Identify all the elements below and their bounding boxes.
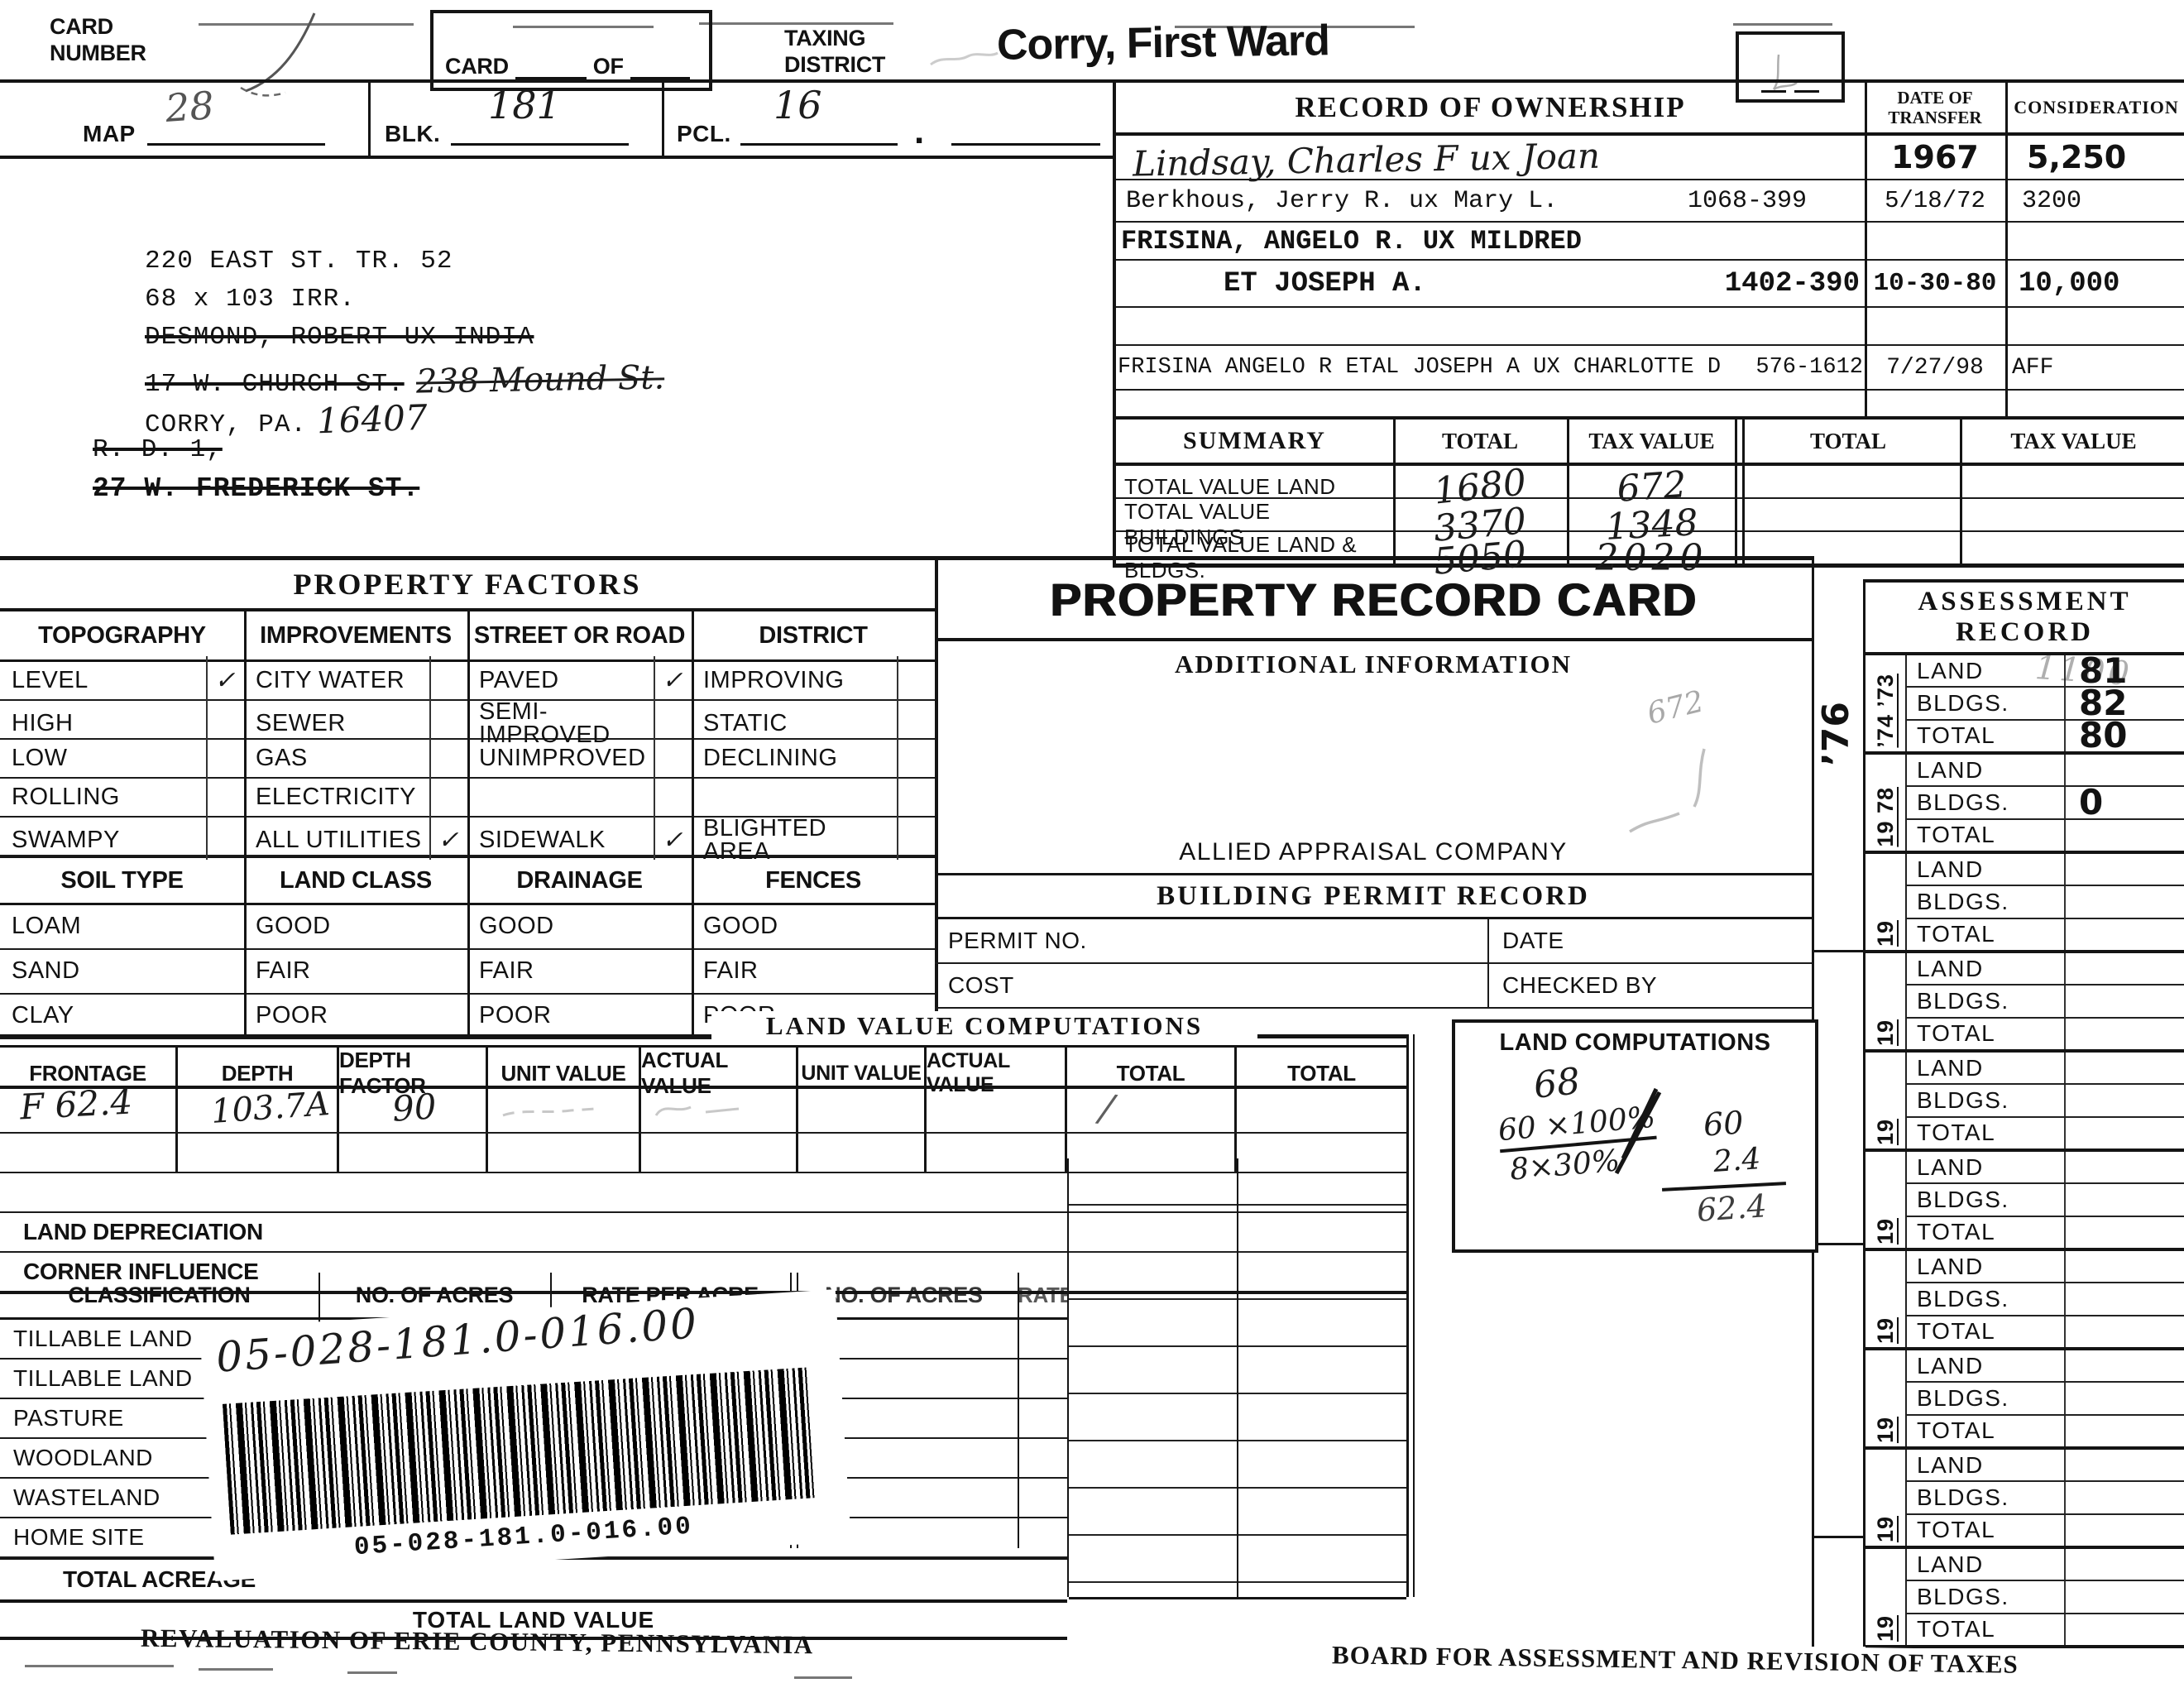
ownership-table: RECORD OF OWNERSHIP DATE OF TRANSFER CON… (1113, 83, 2184, 416)
total-label: TOTAL (1907, 1515, 2066, 1546)
owner-name: Berkhous, Jerry R. ux Mary L.1068-399 (1116, 187, 1865, 215)
owner-name: FRISINA ANGELO R ETAL JOSEPH A UX CHARLO… (1116, 355, 1865, 380)
factor-label: LOW (0, 747, 206, 770)
assessment-group: 19 LAND BLDGS. TOTAL (1865, 953, 2184, 1053)
lc-frontage-total: 68 (1531, 1060, 1582, 1107)
rd1-struck: R. D. 1, (93, 435, 223, 464)
totals-col-line (1406, 1034, 1409, 1597)
assessment-total-row: TOTAL 80 (1907, 721, 2184, 751)
classification-row-label: PASTURE (0, 1405, 124, 1431)
checked-by-label: CHECKED BY (1489, 972, 1812, 999)
assessment-land-row: LAND (1907, 755, 2184, 787)
pf-header-district: DISTRICT (692, 622, 935, 650)
summary-row: TOTAL VALUE BUILDINGS 3370 1348 (1116, 499, 2184, 532)
total-label: TOTAL (1907, 1316, 2066, 1347)
map-value: 28 (164, 83, 215, 131)
summary-title: SUMMARY (1116, 427, 1393, 455)
consideration-value: 10,000 (2005, 268, 2184, 300)
summary-col-tax-1: TAX VALUE (1567, 429, 1736, 454)
pencil-scribble (648, 1092, 772, 1125)
ownership-row: ET JOSEPH A. 1402-390 10-30-80 10,000 (1116, 261, 2184, 308)
lc-result-2: 2.4 (1712, 1142, 1762, 1179)
ownership-row: FRISINA, ANGELO R. UX MILDRED (1116, 223, 2184, 261)
frontage-value: F 62.4 (19, 1081, 133, 1127)
summary-col-tax-2: TAX VALUE (1960, 429, 2184, 454)
total-label: TOTAL (1907, 1614, 2066, 1645)
pcl-blank (740, 140, 898, 146)
property-record-card-scan: CARD NUMBER CARD OF TAXING DISTRICT Corr… (0, 0, 2184, 1688)
assessment-year: 19 (1873, 1417, 1899, 1443)
totals-col-line (1237, 1158, 1238, 1597)
factor-label: ALL UTILITIES (244, 829, 429, 852)
pf-header-soil: SOIL TYPE (0, 867, 244, 894)
assessment-bldgs-row: BLDGS. (1907, 1482, 2184, 1514)
property-location: 220 EAST ST. TR. 52 (145, 247, 453, 276)
pf-header-street: STREET OR ROAD (467, 622, 692, 650)
pf-header-landclass: LAND CLASS (244, 867, 467, 894)
card-of-blank-2 (630, 74, 690, 79)
bldgs-label: BLDGS. (1907, 1482, 2066, 1513)
bldgs-label: BLDGS. (1907, 1581, 2066, 1612)
ownership-row: Berkhous, Jerry R. ux Mary L.1068-399 5/… (1116, 180, 2184, 223)
map-blk-divider (368, 83, 371, 156)
depth-factor-value: 90 (390, 1086, 438, 1129)
assessment-land-row: LAND (1907, 1053, 2184, 1085)
land-label: LAND (1907, 1549, 2066, 1580)
land-label: LAND (1907, 1350, 2066, 1381)
deed-book-page: 1402-390 (1725, 268, 1865, 300)
taxing-district-value: Corry, First Ward (997, 16, 1330, 70)
scan-noise-line (199, 1668, 273, 1671)
classification-row-label: TILLABLE LAND (0, 1326, 193, 1352)
assessment-land-row: LAND (1907, 1450, 2184, 1482)
building-permit-record-title: BUILDING PERMIT RECORD (935, 875, 1812, 919)
scan-noise-line (1733, 23, 1832, 26)
factor-label: SWAMPY (0, 829, 206, 852)
total-label: TOTAL (1907, 820, 2066, 851)
assessment-land-row: LAND (1907, 1251, 2184, 1283)
prc-title-band: PROPERTY RECORD CARD (935, 560, 1812, 641)
summary-table: SUMMARY TOTAL TAX VALUE TOTAL TAX VALUE … (1113, 416, 2184, 568)
assessment-group: 19 LAND BLDGS. TOTAL (1865, 1152, 2184, 1251)
total-label: TOTAL (1907, 1217, 2066, 1248)
factor-label: SEMI- IMPROVED (467, 701, 654, 746)
assessment-bldgs-row: BLDGS. (1907, 1383, 2184, 1415)
property-factors-table: PROPERTY FACTORS TOPOGRAPHY IMPROVEMENTS… (0, 556, 938, 1038)
map-blank (147, 140, 325, 146)
map-label: MAP (83, 121, 136, 147)
assessment-group: 19 LAND BLDGS. TOTAL (1865, 1350, 2184, 1450)
classification-col-line (1018, 1273, 1019, 1548)
assessment-land-row: LAND (1907, 854, 2184, 886)
assessment-bldgs-row: BLDGS. 0 (1907, 787, 2184, 819)
ownership-row (1116, 308, 2184, 346)
consideration-value: 3200 (2005, 187, 2184, 215)
assessment-year: 19 (1873, 920, 1899, 947)
pcl-blank-2 (951, 140, 1100, 146)
pf-header-topography: TOPOGRAPHY (0, 622, 244, 650)
bldgs-value: 82 (2066, 689, 2127, 717)
mailing-address-line: 17 W. CHURCH ST. 238 Mound St. (145, 361, 664, 399)
blk-label: BLK. (385, 121, 440, 147)
assessment-bldgs-row: BLDGS. (1907, 985, 2184, 1018)
factor-label: GOOD (244, 915, 429, 938)
assessment-year: 19 (1873, 1516, 1899, 1542)
assessment-year: 19 (1873, 1615, 1899, 1642)
factor-label: GAS (244, 747, 429, 770)
assessment-year: 19 (1873, 1317, 1899, 1344)
total-label: TOTAL (1907, 721, 2066, 751)
parcel-barcode (223, 1367, 817, 1534)
factor-checkmark: ✓ (654, 826, 692, 855)
factor-label: FAIR (467, 960, 654, 983)
bldgs-value: 0 (2066, 789, 2103, 817)
pcl-dot: . (914, 111, 924, 152)
assessment-record: ASSESSMENT RECORD ’74 ’73 LAND 81 BLDGS. (1865, 579, 2184, 1648)
allied-appraisal-company: ALLIED APPRAISAL COMPANY (935, 838, 1812, 866)
gap-hline (1812, 1536, 1865, 1538)
factor-label: IMPROVING (692, 669, 897, 693)
classification-row-label: WOODLAND (0, 1445, 153, 1471)
factor-label: ROLLING (0, 786, 206, 809)
total-label: TOTAL (1907, 919, 2066, 950)
owner-name: Lindsay, Charles F ux Joan (1116, 131, 1865, 185)
assessment-land-row: LAND (1907, 1152, 2184, 1184)
assessment-year: 19 78 (1873, 787, 1899, 847)
assessment-year-cell: 19 (1865, 1152, 1907, 1248)
permit-row: PERMIT NO. DATE (935, 919, 1812, 964)
city-state-line: CORRY, PA. 16407 (145, 399, 428, 439)
factor-label: FAIR (244, 960, 429, 983)
assessment-total-row: TOTAL (1907, 1614, 2184, 1645)
ownership-row: Lindsay, Charles F ux Joan 1967 5,250 (1116, 136, 2184, 180)
additional-info-title: ADDITIONAL INFORMATION (935, 650, 1812, 679)
factor-label: PAVED (467, 669, 654, 693)
assessment-faint-scribble: 1100 (2034, 649, 2134, 693)
assessment-year-cell: 19 78 (1865, 755, 1907, 851)
pf-check-divider (429, 656, 431, 860)
land-label: LAND (1907, 755, 2066, 785)
assessment-total-row: TOTAL (1907, 1217, 2184, 1248)
summary-row: TOTAL VALUE LAND 1680 672 (1116, 466, 2184, 499)
assessment-year-cell: 19 (1865, 953, 1907, 1049)
pf-header-fences: FENCES (692, 867, 935, 894)
factor-label: LEVEL (0, 669, 206, 693)
assessment-year: 19 (1873, 1019, 1899, 1046)
depth-value: 103.7A (210, 1085, 331, 1131)
pencil-scribble (927, 40, 1001, 73)
land-label: LAND (1907, 953, 2066, 984)
bldgs-label: BLDGS. (1907, 985, 2066, 1016)
lot-dimensions: 68 x 103 IRR. (145, 285, 356, 314)
gap-hline (1812, 950, 1865, 952)
factor-checkmark: ✓ (654, 666, 692, 695)
permit-no-label: PERMIT NO. (935, 919, 1489, 962)
bldgs-label: BLDGS. (1907, 1085, 2066, 1115)
assessment-bldgs-row: BLDGS. (1907, 1085, 2184, 1117)
property-factors-title: PROPERTY FACTORS (0, 560, 935, 611)
pf-col-divider (244, 608, 247, 1038)
transfer-date: 7/27/98 (1865, 355, 2005, 381)
blk-pcl-divider (662, 83, 664, 156)
summary-row-label: TOTAL VALUE LAND (1116, 474, 1393, 500)
bldgs-label: BLDGS. (1907, 1283, 2066, 1314)
pf-col-divider (467, 608, 470, 1038)
lc-result-sum: 62.4 (1696, 1187, 1768, 1229)
assessment-bldgs-row: BLDGS. (1907, 886, 2184, 918)
total-label: TOTAL (1907, 1019, 2066, 1049)
pf-header-improvements: IMPROVEMENTS (244, 622, 467, 650)
factor-label: FAIR (692, 960, 897, 983)
assessment-land-row: LAND (1907, 953, 2184, 985)
cost-label: COST (935, 964, 1489, 1007)
pf-check-divider (206, 656, 208, 860)
factor-label: BLIGHTED AREA (692, 818, 897, 863)
assessment-bldgs-row: BLDGS. (1907, 1581, 2184, 1614)
assessment-year: ’74 ’73 (1873, 674, 1899, 748)
factor-label: CLAY (0, 1005, 206, 1028)
lvc-title: LAND VALUE COMPUTATIONS (711, 1011, 1257, 1041)
assessment-group: 19 78 LAND BLDGS. 0 TOTAL (1865, 755, 2184, 854)
land-depreciation-label: LAND DEPRECIATION (0, 1219, 263, 1245)
assessment-year-cell: 19 (1865, 1350, 1907, 1446)
land-label: LAND (1907, 1152, 2066, 1182)
totals-col-line (1067, 1158, 1069, 1597)
new-street-handwritten: 238 Mound St. (416, 358, 665, 400)
assessment-land-row: LAND (1907, 1549, 2184, 1581)
additional-info-area: ADDITIONAL INFORMATION 672 ALLIED APPRAI… (935, 650, 1812, 875)
assessment-group: 19 LAND BLDGS. TOTAL (1865, 1549, 2184, 1648)
total-value: 80 (2066, 722, 2127, 750)
consideration-value: AFF (2005, 355, 2184, 381)
land-computations-title: LAND COMPUTATIONS (1455, 1029, 1815, 1057)
deed-book-page: 576-1612 (1755, 355, 1865, 380)
land-label: LAND (1907, 1251, 2066, 1282)
assessment-year-cell: 19 (1865, 1251, 1907, 1347)
scan-noise-line (25, 1665, 174, 1667)
summary-divider-double (1742, 420, 1745, 563)
transfer-date: 10-30-80 (1865, 269, 2005, 298)
map-blk-pcl-row: MAP 28 BLK. 181 PCL. 16 . (0, 83, 1113, 159)
assessment-bldgs-row: BLDGS. (1907, 1184, 2184, 1216)
consideration-value: 5,250 (2005, 139, 2184, 175)
land-label: LAND (1907, 854, 2066, 885)
summary-tax-value: 1348 (1566, 499, 1737, 550)
card-of-card-label: CARD (445, 54, 509, 79)
factor-label: POOR (244, 1005, 429, 1028)
total-label: TOTAL (1907, 1118, 2066, 1149)
owner-name-text: Berkhous, Jerry R. ux Mary L. (1126, 187, 1558, 215)
old-street-struck: 17 W. CHURCH ST. (145, 370, 405, 399)
pf-check-divider (897, 656, 898, 860)
transfer-date: 5/18/72 (1865, 187, 2005, 214)
frederick-st-struck: 27 W. FREDERICK ST. (93, 473, 419, 504)
pcl-label: PCL. (677, 121, 731, 147)
card-number-label: CARD NUMBER (50, 13, 146, 67)
factor-label: ELECTRICITY (244, 786, 429, 809)
ownership-title: RECORD OF OWNERSHIP (1116, 91, 1865, 124)
bldgs-label: BLDGS. (1907, 1184, 2066, 1215)
owner-name-text: FRISINA ANGELO R ETAL JOSEPH A UX CHARLO… (1118, 355, 1721, 380)
assessment-year: 19 (1873, 1119, 1899, 1145)
pcl-value: 16 (773, 83, 822, 127)
taxing-district-label: TAXING DISTRICT (784, 25, 885, 79)
rate-per-acre-header-2: RATE PER (1018, 1283, 1067, 1308)
assessment-total-row: TOTAL (1907, 1416, 2184, 1446)
cost-row: COST CHECKED BY (935, 964, 1812, 1009)
factor-label: DECLINING (692, 747, 897, 770)
land-label: LAND (1907, 1450, 2066, 1480)
factor-label: SAND (0, 960, 206, 983)
bldgs-label: BLDGS. (1907, 886, 2066, 917)
parcel-id-sticker: 05-028-181.0-016.00 05-028-181.0-016.00 (199, 1289, 851, 1581)
totals-col-line-double (1413, 1034, 1415, 1597)
assessment-bldgs-row: BLDGS. (1907, 1283, 2184, 1316)
total-acreage-row: TOTAL ACREAGE (0, 1558, 1067, 1603)
center-section: PROPERTY RECORD CARD ADDITIONAL INFORMAT… (935, 556, 1812, 1038)
assessment-group: ’74 ’73 LAND 81 BLDGS. 82 TOTAL (1865, 655, 2184, 755)
pencil-scribble (1605, 741, 1729, 840)
assessment-year-cell: 19 (1865, 1053, 1907, 1149)
bldgs-label: BLDGS. (1907, 688, 2066, 718)
owner-name: FRISINA, ANGELO R. UX MILDRED (1116, 226, 1865, 257)
summary-divider (1960, 420, 1962, 563)
blk-value: 181 (488, 83, 561, 127)
card-of-blank-1 (515, 74, 587, 79)
assessment-total-row: TOTAL (1907, 1118, 2184, 1149)
permit-date-label: DATE (1489, 928, 1812, 954)
classification-row-label: WASTELAND (0, 1484, 160, 1511)
summary-col-total-2: TOTAL (1736, 429, 1960, 454)
assessment-total-row: TOTAL (1907, 1515, 2184, 1546)
bldgs-label: BLDGS. (1907, 1383, 2066, 1413)
lc-result-1: 60 (1703, 1104, 1745, 1143)
pf-header-drainage: DRAINAGE (467, 867, 692, 894)
land-label: LAND (1907, 1053, 2066, 1083)
assessment-year-cell: 19 (1865, 854, 1907, 950)
factor-label: GOOD (467, 915, 654, 938)
assessment-land-row: LAND (1907, 1350, 2184, 1383)
factor-label: STATIC (692, 712, 897, 736)
assessment-year: 19 (1873, 1218, 1899, 1244)
factor-checkmark: ✓ (429, 826, 467, 855)
assessment-bldgs-row: BLDGS. 82 (1907, 688, 2184, 720)
factor-checkmark: ✓ (206, 666, 244, 695)
bldgs-label: BLDGS. (1907, 787, 2066, 818)
zip-handwritten: 16407 (317, 397, 429, 442)
pencil-scribble (496, 1094, 620, 1127)
pf-check-divider (654, 656, 655, 860)
assessment-year-cell: ’74 ’73 (1865, 655, 1907, 751)
factor-label: LOAM (0, 915, 206, 938)
owner-name-text: ET JOSEPH A. (1224, 268, 1426, 300)
ownership-consideration-header: CONSIDERATION (2005, 97, 2184, 118)
ownership-col-divider-1 (1865, 83, 1867, 416)
pf-col-divider (692, 608, 694, 1038)
assessment-total-row: TOTAL (1907, 1316, 2184, 1347)
assessment-group: 19 LAND BLDGS. TOTAL (1865, 1251, 2184, 1350)
factor-label: GOOD (692, 915, 897, 938)
owner-name: ET JOSEPH A. 1402-390 (1116, 268, 1865, 300)
assessment-total-row: TOTAL (1907, 1019, 2184, 1049)
margin-year-76: ’76 (1815, 702, 1857, 766)
factor-label: POOR (467, 1005, 654, 1028)
assessment-year-cell: 19 (1865, 1549, 1907, 1645)
ownership-date-header: DATE OF TRANSFER (1865, 88, 2005, 127)
land-computations-box: LAND COMPUTATIONS 68 60 ×100% 8×30% 60 2… (1452, 1019, 1818, 1253)
factor-label: SIDEWALK (467, 829, 654, 852)
factor-label: UNIMPROVED (467, 747, 654, 770)
deed-book-page: 1068-399 (1688, 187, 1865, 215)
scan-noise-line (794, 1676, 852, 1679)
factor-label: HIGH (0, 712, 206, 736)
assessment-group: 19 LAND BLDGS. TOTAL (1865, 1450, 2184, 1549)
former-owner-struck: DESMOND, ROBERT UX INDIA (145, 323, 534, 352)
assessment-record-title: ASSESSMENT RECORD (1865, 583, 2184, 655)
assessment-total-row: TOTAL (1907, 919, 2184, 950)
pencil-scribble-number: 672 (1644, 684, 1707, 731)
card-of-of-label: OF (593, 54, 624, 79)
total-pencil-mark: / (1097, 1085, 1116, 1131)
assessment-total-row: TOTAL (1907, 820, 2184, 851)
assessment-group: 19 LAND BLDGS. TOTAL (1865, 854, 2184, 953)
assessment-group: 19 LAND BLDGS. TOTAL (1865, 1053, 2184, 1152)
factor-label: SEWER (244, 712, 429, 736)
transfer-date: 1967 (1865, 139, 2005, 175)
classification-row-label: TILLABLE LAND (0, 1365, 193, 1392)
no-of-acres-header-1: NO. OF ACRES (318, 1283, 550, 1308)
pencil-slash (1608, 1087, 1666, 1178)
summary-col-total-1: TOTAL (1393, 429, 1567, 454)
ownership-row: FRISINA ANGELO R ETAL JOSEPH A UX CHARLO… (1116, 346, 2184, 391)
ownership-col-divider-2 (2005, 83, 2008, 416)
prc-title: PROPERTY RECORD CARD (1050, 573, 1698, 626)
classification-row-label: HOME SITE (0, 1524, 145, 1551)
blk-blank (451, 140, 629, 146)
scan-noise-line (347, 1671, 397, 1674)
factor-label: CITY WATER (244, 669, 429, 693)
revaluation-footer: REVALUATION OF ERIE COUNTY, PENNSYLVANIA (141, 1623, 814, 1661)
classification-header: CLASSIFICATION (0, 1283, 318, 1308)
gap-hline (1812, 1243, 1865, 1245)
total-label: TOTAL (1907, 1416, 2066, 1446)
assessment-year-cell: 19 (1865, 1450, 1907, 1546)
